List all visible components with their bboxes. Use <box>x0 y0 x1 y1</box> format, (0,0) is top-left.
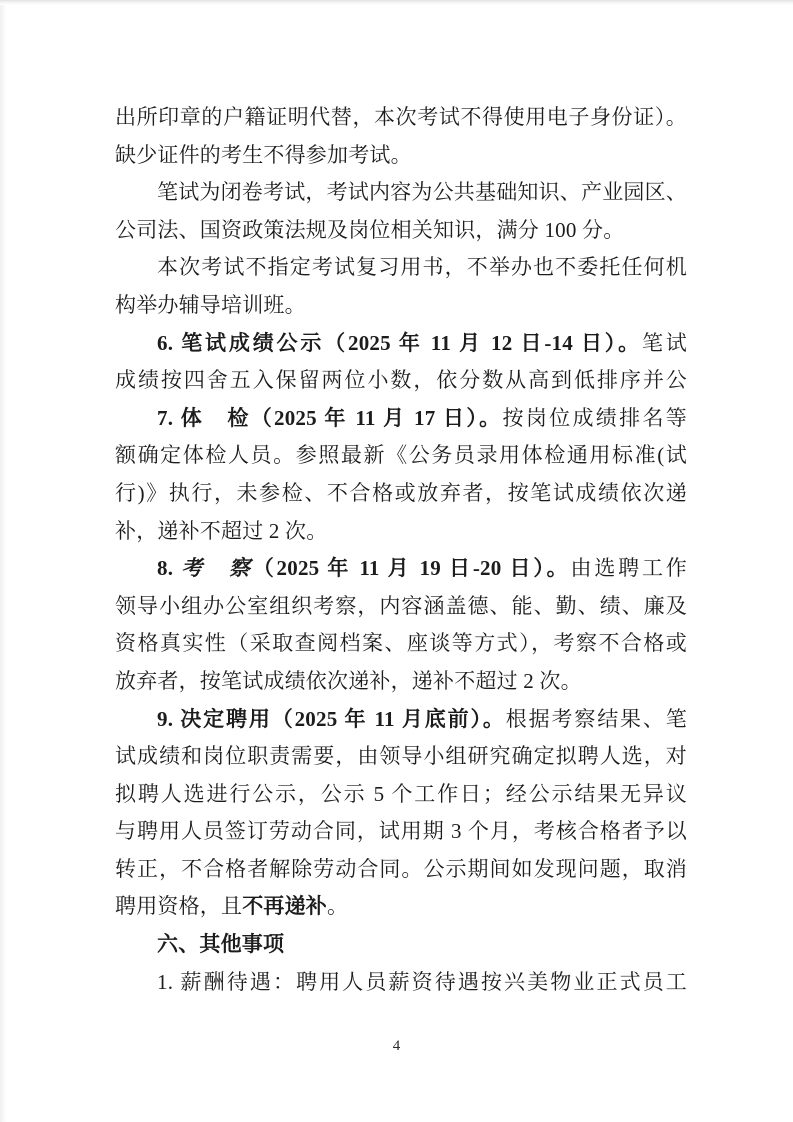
text-run: 笔试 <box>642 331 687 355</box>
text-run: 按岗位成绩排名等 <box>503 406 688 430</box>
text-run: 6. 笔试成绩公示（2025 年 11 月 12 日-14 日）。 <box>157 331 642 355</box>
text-run: （2025 年 11 月 19 日-20 日）。 <box>253 556 571 580</box>
text-run: 与聘用人员签订劳动合同，试用期 3 个月，考核合格者予以 <box>115 819 687 843</box>
text-line: 8. 考 察（2025 年 11 月 19 日-20 日）。由选聘工作 <box>115 550 687 588</box>
text-run: 行)》执行，未参检、不合格或放弃者，按笔试成绩依次递 <box>115 481 687 505</box>
text-run: 不再递补 <box>242 894 327 918</box>
text-line: 笔试为闭卷考试，考试内容为公共基础知识、产业园区、 <box>115 174 687 212</box>
text-line: 9. 决定聘用（2025 年 11 月底前）。根据考察结果、笔 <box>115 701 687 739</box>
text-run: 缺少证件的考生不得参加考试。 <box>115 143 412 167</box>
text-run: 7. 体 检（2025 年 11 月 17 日）。 <box>157 406 503 430</box>
text-run: 考 察 <box>181 556 252 580</box>
text-line: 补，递补不超过 2 次。 <box>115 513 687 551</box>
document-page: 出所印章的户籍证明代替，本次考试不得使用电子身份证）。缺少证件的考生不得参加考试… <box>0 0 793 1122</box>
text-run: 构举办辅导培训班。 <box>115 293 306 317</box>
scan-top-edge <box>0 0 793 5</box>
text-line: 试成绩和岗位职责需要，由领导小组研究确定拟聘人选，对 <box>115 738 687 776</box>
page-number: 4 <box>0 1036 793 1056</box>
text-run: 出所印章的户籍证明代替，本次考试不得使用电子身份证）。 <box>115 105 687 129</box>
text-run: 六、其他事项 <box>157 932 284 956</box>
text-line: 7. 体 检（2025 年 11 月 17 日）。按岗位成绩排名等 <box>115 400 687 438</box>
text-run: 由选聘工作 <box>571 556 688 580</box>
text-run: 。 <box>327 894 348 918</box>
text-run: 聘用资格，且 <box>115 894 242 918</box>
text-run: 额确定体检人员。参照最新《公务员录用体检通用标准(试 <box>115 443 687 467</box>
text-run: 试成绩和岗位职责需要，由领导小组研究确定拟聘人选，对 <box>115 744 687 768</box>
text-line: 放弃者，按笔试成绩依次递补，递补不超过 2 次。 <box>115 663 687 701</box>
text-run: 转正，不合格者解除劳动合同。公示期间如发现问题，取消 <box>115 857 687 881</box>
text-line: 资格真实性（采取查阅档案、座谈等方式），考察不合格或 <box>115 625 687 663</box>
text-line: 本次考试不指定考试复习用书，不举办也不委托任何机 <box>115 249 687 287</box>
text-run: 补，递补不超过 2 次。 <box>115 519 327 543</box>
text-line: 出所印章的户籍证明代替，本次考试不得使用电子身份证）。 <box>115 99 687 137</box>
text-line: 领导小组办公室组织考察，内容涵盖德、能、勤、绩、廉及 <box>115 588 687 626</box>
text-line: 成绩按四舍五入保留两位小数，依分数从高到低排序并公示。 <box>115 362 687 400</box>
text-run: 资格真实性（采取查阅档案、座谈等方式），考察不合格或 <box>115 631 687 655</box>
text-run: 笔试为闭卷考试，考试内容为公共基础知识、产业园区、 <box>157 180 687 204</box>
text-run: 领导小组办公室组织考察，内容涵盖德、能、勤、绩、廉及 <box>115 594 687 618</box>
scan-left-edge <box>0 0 7 1122</box>
text-line: 行)》执行，未参检、不合格或放弃者，按笔试成绩依次递 <box>115 475 687 513</box>
text-run: 根据考察结果、笔 <box>506 707 687 731</box>
text-run: 9. 决定聘用（2025 年 11 月底前）。 <box>157 707 506 731</box>
document-body: 出所印章的户籍证明代替，本次考试不得使用电子身份证）。缺少证件的考生不得参加考试… <box>115 99 687 1001</box>
text-line: 额确定体检人员。参照最新《公务员录用体检通用标准(试 <box>115 437 687 475</box>
text-line: 六、其他事项 <box>115 926 687 964</box>
text-run: 成绩按四舍五入保留两位小数，依分数从高到低排序并公示。 <box>115 368 687 400</box>
text-line: 拟聘人选进行公示，公示 5 个工作日；经公示结果无异议后， <box>115 776 687 814</box>
text-line: 公司法、国资政策法规及岗位相关知识，满分 100 分。 <box>115 212 687 250</box>
text-line: 转正，不合格者解除劳动合同。公示期间如发现问题，取消 <box>115 851 687 889</box>
text-run: 本次考试不指定考试复习用书，不举办也不委托任何机 <box>157 255 687 279</box>
text-run: 拟聘人选进行公示，公示 5 个工作日；经公示结果无异议后， <box>115 782 687 814</box>
text-line: 6. 笔试成绩公示（2025 年 11 月 12 日-14 日）。笔试 <box>115 325 687 363</box>
text-line: 与聘用人员签订劳动合同，试用期 3 个月，考核合格者予以 <box>115 813 687 851</box>
text-run: 1. 薪酬待遇：聘用人员薪资待遇按兴美物业正式员工 <box>157 970 687 994</box>
text-line: 1. 薪酬待遇：聘用人员薪资待遇按兴美物业正式员工 <box>115 964 687 1002</box>
text-line: 缺少证件的考生不得参加考试。 <box>115 137 687 175</box>
text-run: 公司法、国资政策法规及岗位相关知识，满分 100 分。 <box>115 218 624 242</box>
text-run: 放弃者，按笔试成绩依次递补，递补不超过 2 次。 <box>115 669 582 693</box>
text-line: 构举办辅导培训班。 <box>115 287 687 325</box>
text-line: 聘用资格，且不再递补。 <box>115 888 687 926</box>
text-run: 8. <box>157 556 181 580</box>
